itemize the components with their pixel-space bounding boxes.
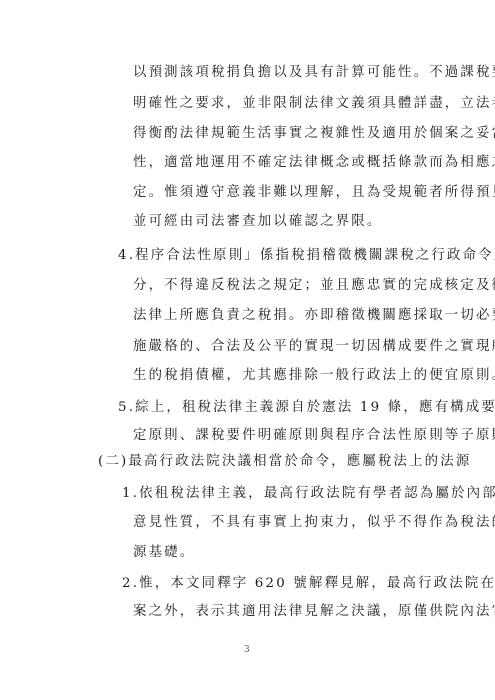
- text-line: 施嚴格的、合法及公平的實現一切因構成要件之實現所產: [133, 338, 495, 356]
- text-line: 定原則、課稅要件明確原則與程序合法性原則等子原則。: [133, 427, 495, 445]
- text-line: 分，不得違反稅法之規定；並且應忠實的完成核定及徵收: [133, 277, 495, 295]
- text-line: 源基礎。: [133, 544, 195, 562]
- text-line: 生的稅捐債權，尤其應排除一般行政法上的便宜原則。: [133, 367, 495, 385]
- text-line: 性，適當地運用不確定法律概念或概括條款而為相應之規: [133, 154, 495, 172]
- list-item-2-heading: 2.惟，本文同釋字 620 號解釋見解，最高行政法院在具體個: [122, 575, 495, 593]
- list-item-1-heading: 1.依租稅法律主義，最高行政法院有學者認為屬於內部整合: [122, 485, 495, 503]
- text-line: 意見性質，不具有事實上拘束力，似乎不得作為稅法的法: [133, 514, 495, 532]
- list-item-4-heading: 4.程序合法性原則」係指稅捐稽徵機關課稅之行政命令及處: [118, 247, 495, 265]
- page-number: 3: [244, 645, 250, 655]
- text-line: 得衡酌法律規範生活事實之複雜性及適用於個案之妥當: [133, 125, 495, 143]
- section-heading: (二)最高行政法院決議相當於命令，應屬稅法上的法源: [98, 453, 471, 471]
- text-line: 案之外，表示其適用法律見解之決議，原僅供院內法官辦: [133, 603, 495, 621]
- text-line: 明確性之要求，並非限制法律文義須具體詳盡，立法者仍: [133, 95, 495, 113]
- list-item-5-heading: 5.綜上，租稅法律主義源自於憲法 19 條，應有構成要件法: [118, 399, 495, 417]
- document-page: 以預測該項稅捐負擔以及具有計算可能性。不過課稅要件 明確性之要求，並非限制法律文…: [0, 0, 495, 700]
- text-line: 以預測該項稅捐負擔以及具有計算可能性。不過課稅要件: [133, 64, 495, 82]
- text-line: 並可經由司法審查加以確認之界限。: [133, 213, 382, 231]
- text-line: 法律上所應負責之稅捐。亦即稽徵機關應採取一切必要措: [133, 307, 495, 325]
- text-line: 定。惟須遵守意義非難以理解，且為受規範者所得預見，: [133, 184, 495, 202]
